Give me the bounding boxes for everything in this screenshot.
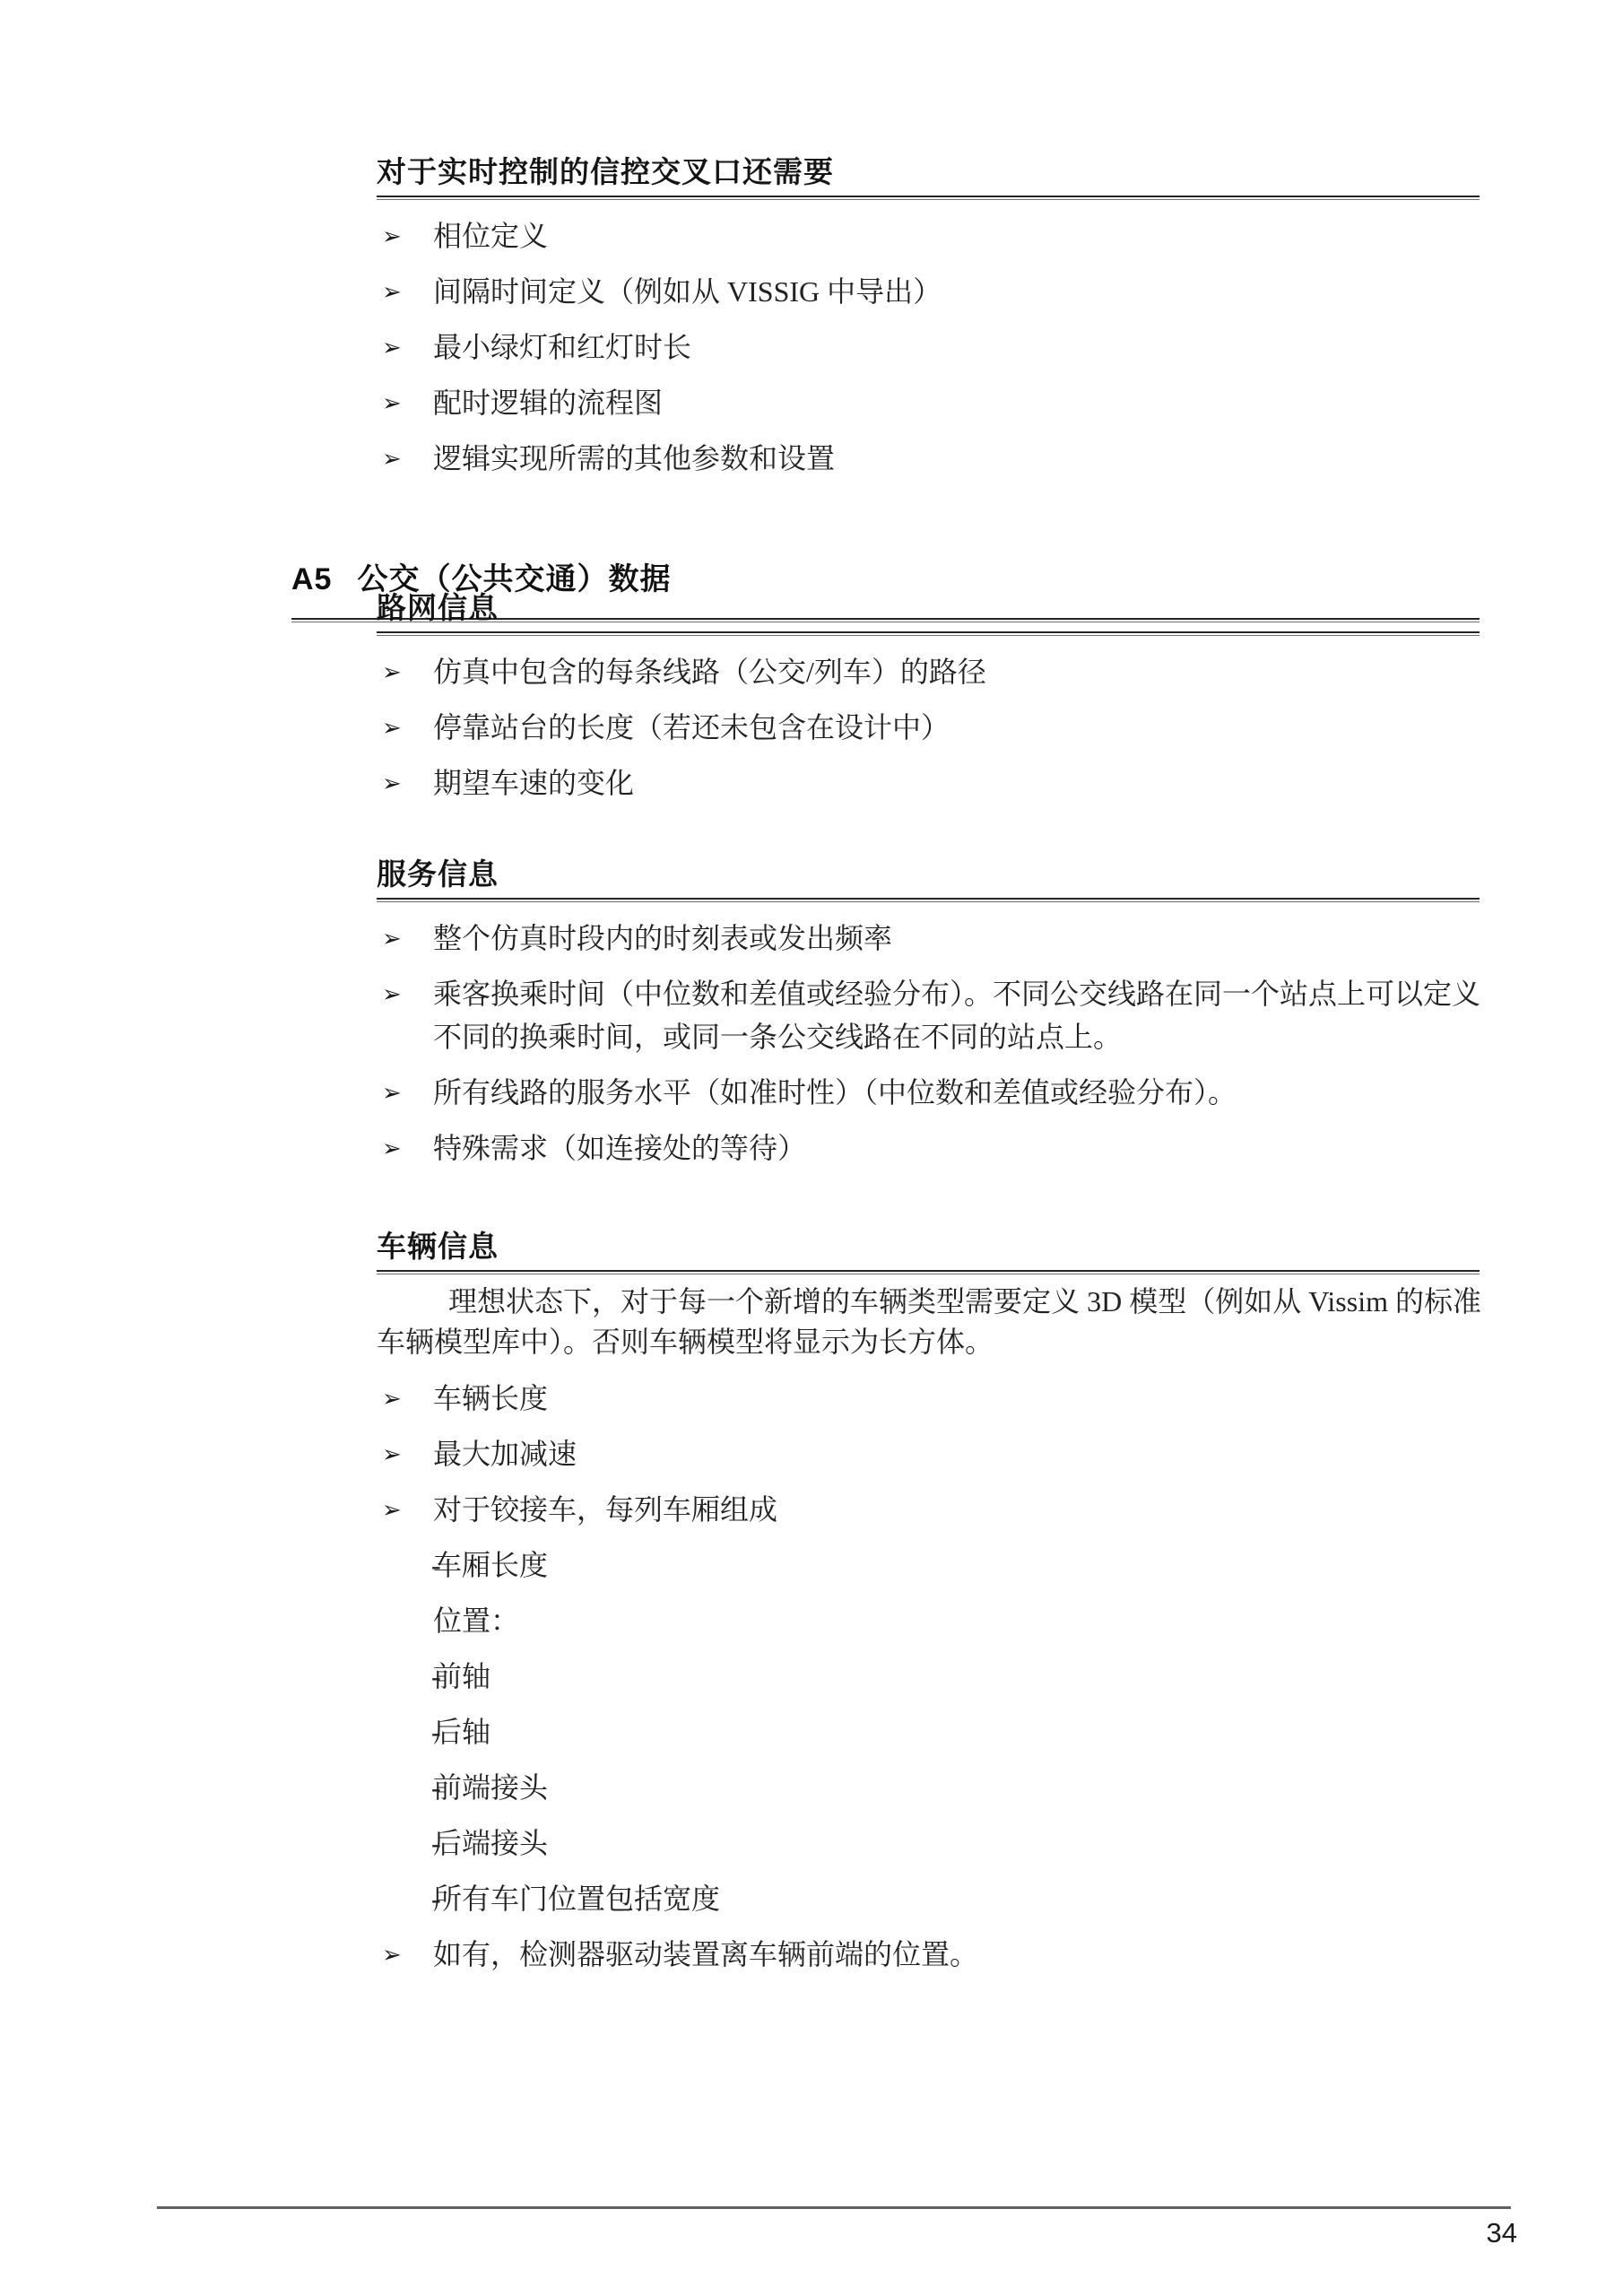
list-item-text: 整个仿真时段内的时刻表或发出频率: [433, 922, 892, 954]
arrow-bullet-icon: ➢: [382, 271, 402, 314]
vehicle-bullet-list: ➢车辆长度 ➢最大加减速 ➢对于铰接车，每列车厢组成 -车厢长度 位置： -前轴…: [377, 1377, 1488, 1976]
network-section-heading: 路网信息: [377, 588, 1623, 628]
list-item: ➢期望车速的变化: [377, 761, 1488, 804]
list-item: ➢最大加减速: [377, 1432, 1488, 1475]
section-vehicle-info: 车辆信息 理想状态下，对于每一个新增的车辆类型需要定义 3D 模型（例如从 Vi…: [0, 1227, 1623, 1988]
sub-list-item: -后端接头: [377, 1822, 1488, 1865]
list-item: ➢逻辑实现所需的其他参数和设置: [377, 437, 1488, 480]
vehicle-section-heading: 车辆信息: [377, 1227, 1623, 1266]
list-item: ➢停靠站台的长度（若还未包含在设计中）: [377, 706, 1488, 749]
sub-list-item: -后轴: [377, 1710, 1488, 1753]
heading-rule: [377, 898, 1480, 902]
sub-list-item: -前端接头: [377, 1766, 1488, 1809]
arrow-bullet-icon: ➢: [382, 215, 402, 258]
arrow-bullet-icon: ➢: [382, 651, 402, 694]
list-item-text: 对于铰接车，每列车厢组成: [433, 1493, 777, 1526]
list-item: ➢所有线路的服务水平（如准时性）（中位数和差值或经验分布）。: [377, 1071, 1488, 1114]
arrow-bullet-icon: ➢: [382, 1378, 402, 1421]
realtime-bullet-list: ➢相位定义 ➢间隔时间定义（例如从 VISSIG 中导出） ➢最小绿灯和红灯时长…: [377, 214, 1488, 480]
list-item-text: 间隔时间定义（例如从 VISSIG 中导出）: [433, 275, 942, 308]
list-item-text: 前轴: [433, 1660, 490, 1692]
list-item: ➢整个仿真时段内的时刻表或发出频率: [377, 917, 1488, 960]
list-item-text: 最大加减速: [433, 1438, 577, 1470]
list-item-text: 逻辑实现所需的其他参数和设置: [433, 442, 835, 474]
list-item-text: 如有，检测器驱动装置离车辆前端的位置。: [433, 1938, 978, 1970]
list-item: ➢最小绿灯和红灯时长: [377, 326, 1488, 369]
arrow-bullet-icon: ➢: [382, 1072, 402, 1115]
dash-bullet-icon: -: [431, 1544, 441, 1587]
list-item: ➢相位定义: [377, 214, 1488, 257]
arrow-bullet-icon: ➢: [382, 438, 402, 481]
dash-bullet-icon: -: [431, 1710, 441, 1753]
list-item: ➢车辆长度: [377, 1377, 1488, 1420]
list-item-text: 车辆长度: [433, 1382, 548, 1414]
document-page: 对于实时控制的信控交叉口还需要 ➢相位定义 ➢间隔时间定义（例如从 VISSIG…: [0, 0, 1623, 2296]
sub-list-item: -前轴: [377, 1655, 1488, 1698]
arrow-bullet-icon: ➢: [382, 918, 402, 961]
position-label: 位置：: [377, 1599, 1488, 1642]
list-item: ➢间隔时间定义（例如从 VISSIG 中导出）: [377, 270, 1488, 313]
list-item-text: 后端接头: [433, 1827, 548, 1859]
list-item: ➢配时逻辑的流程图: [377, 381, 1488, 424]
arrow-bullet-icon: ➢: [382, 762, 402, 805]
list-item-text: 仿真中包含的每条线路（公交/列车）的路径: [433, 656, 986, 688]
arrow-bullet-icon: ➢: [382, 1489, 402, 1532]
list-item: ➢仿真中包含的每条线路（公交/列车）的路径: [377, 650, 1488, 693]
heading-rule: [377, 1270, 1480, 1274]
vehicle-intro-paragraph: 理想状态下，对于每一个新增的车辆类型需要定义 3D 模型（例如从 Vissim …: [377, 1282, 1481, 1362]
service-bullet-list: ➢整个仿真时段内的时刻表或发出频率 ➢乘客换乘时间（中位数和差值或经验分布）。不…: [377, 917, 1488, 1170]
realtime-section-heading: 对于实时控制的信控交叉口还需要: [377, 152, 1623, 192]
list-item: ➢特殊需求（如连接处的等待）: [377, 1126, 1488, 1170]
list-item: ➢乘客换乘时间（中位数和差值或经验分布）。不同公交线路在同一个站点上可以定义不同…: [377, 972, 1488, 1058]
list-item-text: 停靠站台的长度（若还未包含在设计中）: [433, 711, 950, 744]
list-item-text: 最小绿灯和红灯时长: [433, 331, 691, 363]
section-service-info: 服务信息 ➢整个仿真时段内的时刻表或发出频率 ➢乘客换乘时间（中位数和差值或经验…: [0, 855, 1623, 1182]
list-item-text: 前端接头: [433, 1771, 548, 1804]
list-item: ➢如有，检测器驱动装置离车辆前端的位置。: [377, 1933, 1488, 1976]
dash-bullet-icon: -: [431, 1655, 441, 1698]
list-item-text: 后轴: [433, 1716, 490, 1748]
service-section-heading: 服务信息: [377, 855, 1623, 894]
dash-bullet-icon: -: [431, 1766, 441, 1809]
page-number: 34: [1487, 2217, 1517, 2249]
arrow-bullet-icon: ➢: [382, 1127, 402, 1170]
arrow-bullet-icon: ➢: [382, 973, 402, 1016]
list-item-text: 期望车速的变化: [433, 767, 634, 799]
section-network-info: 路网信息 ➢仿真中包含的每条线路（公交/列车）的路径 ➢停靠站台的长度（若还未包…: [0, 588, 1623, 817]
sub-list-item: -车厢长度: [377, 1544, 1488, 1587]
arrow-bullet-icon: ➢: [382, 707, 402, 750]
list-item-text: 相位定义: [433, 220, 548, 252]
sub-list-item: -所有车门位置包括宽度: [377, 1877, 1488, 1920]
list-item-text: 位置：: [433, 1605, 519, 1637]
list-item-text: 配时逻辑的流程图: [433, 387, 663, 419]
list-item-text: 特殊需求（如连接处的等待）: [433, 1132, 806, 1164]
list-item-text: 所有车门位置包括宽度: [433, 1883, 720, 1915]
footer-rule: [157, 2206, 1511, 2209]
dash-bullet-icon: -: [431, 1822, 441, 1865]
arrow-bullet-icon: ➢: [382, 1934, 402, 1977]
arrow-bullet-icon: ➢: [382, 382, 402, 425]
network-bullet-list: ➢仿真中包含的每条线路（公交/列车）的路径 ➢停靠站台的长度（若还未包含在设计中…: [377, 650, 1488, 804]
heading-rule: [377, 631, 1480, 636]
section-realtime-control: 对于实时控制的信控交叉口还需要 ➢相位定义 ➢间隔时间定义（例如从 VISSIG…: [0, 152, 1623, 492]
list-item-text: 乘客换乘时间（中位数和差值或经验分布）。不同公交线路在同一个站点上可以定义不同的…: [433, 978, 1480, 1053]
dash-bullet-icon: -: [431, 1877, 441, 1920]
arrow-bullet-icon: ➢: [382, 1433, 402, 1476]
list-item-text: 所有线路的服务水平（如准时性）（中位数和差值或经验分布）。: [433, 1076, 1237, 1109]
heading-rule: [377, 196, 1480, 200]
list-item-text: 车厢长度: [433, 1549, 548, 1581]
list-item: ➢对于铰接车，每列车厢组成: [377, 1488, 1488, 1531]
arrow-bullet-icon: ➢: [382, 326, 402, 370]
